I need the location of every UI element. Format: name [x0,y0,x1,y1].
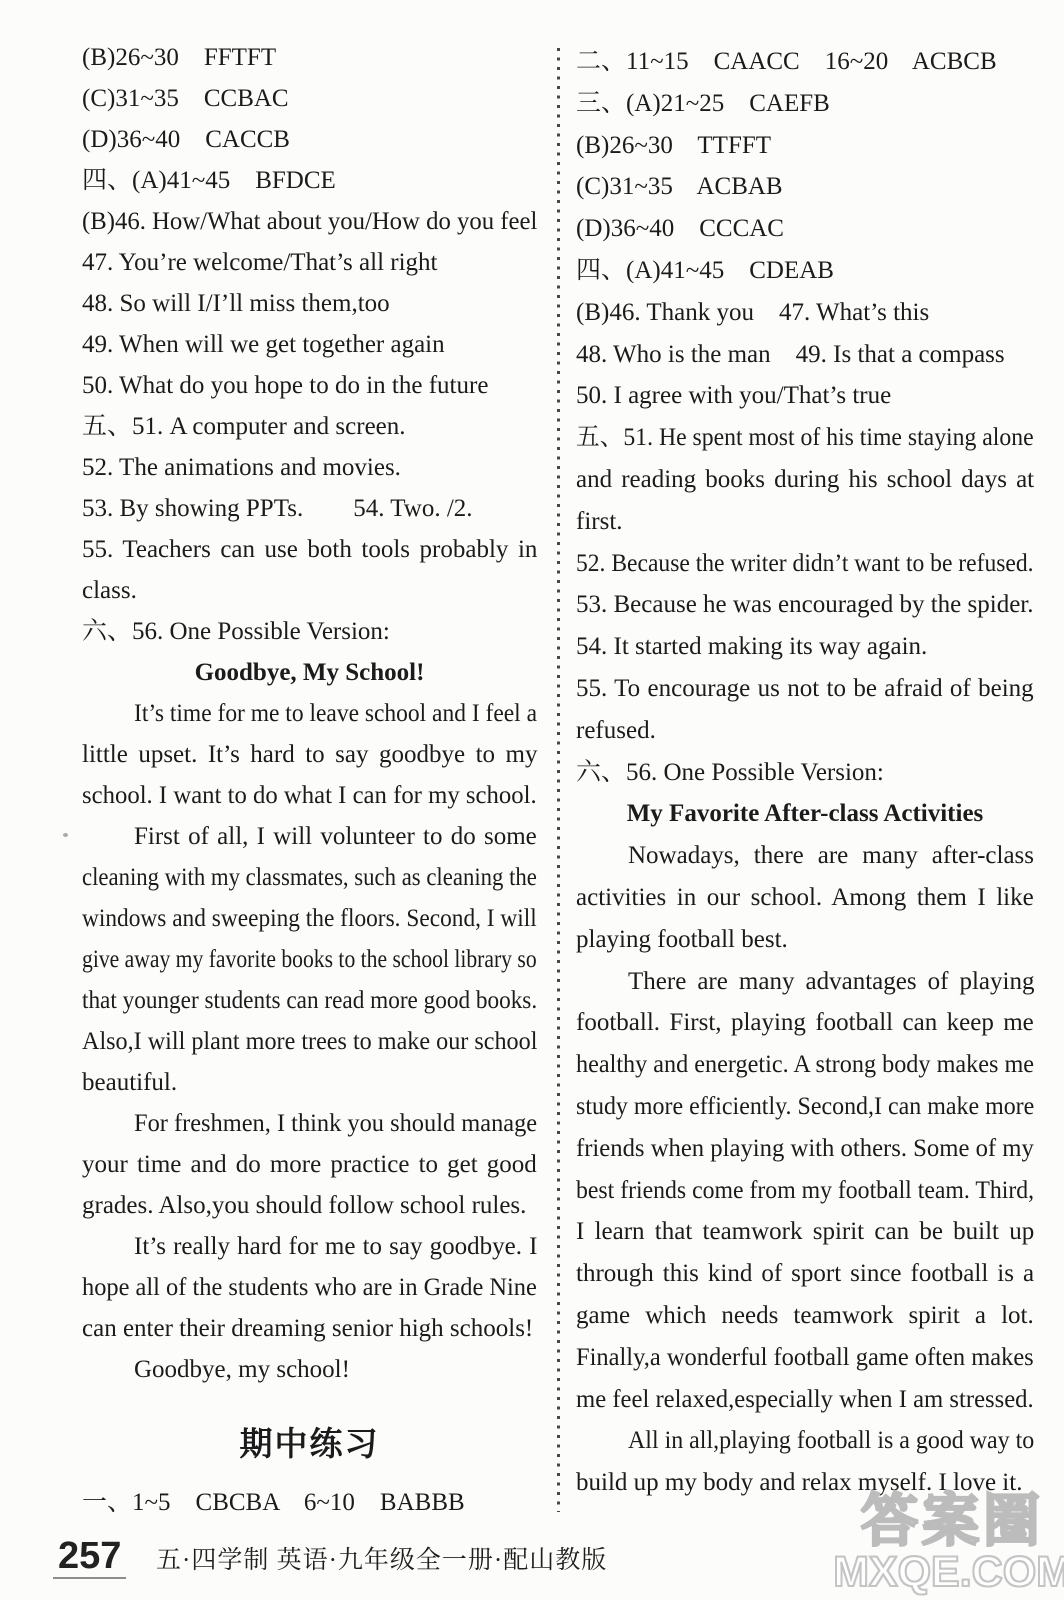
text-line: 四、(A)41~45 CDEAB [576,250,1034,292]
section-title: 期中练习 [82,1416,537,1472]
scan-speck-decoration [63,833,68,837]
text-line: beautiful. [82,1062,537,1103]
text-line: (B)46. Thank you 47. What’s this [576,292,1034,334]
watermark-site-text: MXQE.COM [833,1550,1064,1595]
text-line: 六、56. One Possible Version: [576,752,1034,794]
column-divider [557,48,560,1512]
text-line: school. I want to do what I can for my s… [82,775,537,816]
text-line: little upset. It’s hard to say goodbye t… [82,734,537,775]
text-line: 50. What do you hope to do in the future [82,365,537,406]
text-line: 50. I agree with you/That’s true [576,375,1034,417]
text-line: cleaning with my classmates, such as cle… [82,857,537,898]
footer-book-info: 五·四学制 英语·九年级全一册·配山教版 [156,1546,607,1576]
text-line: friends when playing with others. Some o… [576,1128,1034,1170]
text-line: give away my favorite books to the schoo… [82,939,537,980]
text-line: class. [82,570,537,611]
text-line: 47. You’re welcome/That’s all right [82,242,537,283]
text-line: 49. When will we get together again [82,324,537,365]
text-line: activities in our school. Among them I l… [576,877,1034,919]
text-line: (C)31~35 ACBAB [576,166,1034,208]
text-line: (B)46. How/What about you/How do you fee… [82,201,537,242]
text-line: game which needs teamwork spirit a lot. [576,1295,1034,1337]
text-line: (B)26~30 TTFFT [576,125,1034,167]
text-line: 三、(A)21~25 CAEFB [576,83,1034,125]
text-line: 一、1~5 CBCBA 6~10 BABBB [82,1482,537,1523]
text-line: first. [576,501,1034,543]
text-line: healthy and energetic. A strong body mak… [576,1044,1034,1086]
text-line: All in all,playing football is a good wa… [576,1420,1034,1462]
text-line: 55. Teachers can use both tools probably… [82,529,537,570]
text-line: me feel relaxed,especially when I am str… [576,1379,1034,1421]
watermark: 答案圈 MXQE.COM [833,1492,1064,1595]
text-line: 48. So will I/I’ll miss them,too [82,283,537,324]
text-line: (B)26~30 FFTFT [82,37,537,78]
text-line: Nowadays, there are many after-class [576,835,1034,877]
text-line: 52. The animations and movies. [82,447,537,488]
left-column: (B)26~30 FFTFT(C)31~35 CCBAC(D)36~40 CAC… [82,37,537,1523]
text-line: 52. Because the writer didn’t want to be… [576,543,1034,585]
text-line: Goodbye, My School! [82,652,537,693]
page-number: 257 [53,1536,126,1579]
text-line: (D)36~40 CCCAC [576,208,1034,250]
text-line: (C)31~35 CCBAC [82,78,537,119]
text-line: windows and sweeping the floors. Second,… [82,898,537,939]
text-line: through this kind of sport since footbal… [576,1253,1034,1295]
text-line: 六、56. One Possible Version: [82,611,537,652]
text-line: Goodbye, my school! [82,1349,537,1390]
text-line: There are many advantages of playing [576,961,1034,1003]
text-line: For freshmen, I think you should manage [82,1103,537,1144]
text-line: that younger students can read more good… [82,980,537,1021]
watermark-logo-text: 答案圈 [833,1492,1064,1552]
text-line: 四、(A)41~45 BFDCE [82,160,537,201]
text-line: Also,I will plant more trees to make our… [82,1021,537,1062]
text-line: 55. To encourage us not to be afraid of … [576,668,1034,710]
scanned-answer-page: { "page": { "background_color": "#fcfcfb… [0,0,1064,1600]
text-line: My Favorite After-class Activities [576,793,1034,835]
text-line: I learn that teamwork spirit can be buil… [576,1211,1034,1253]
text-line: It’s really hard for me to say goodbye. … [82,1226,537,1267]
right-column: 二、11~15 CAACC 16~20 ACBCB三、(A)21~25 CAEF… [576,41,1034,1504]
text-line: First of all, I will volunteer to do som… [82,816,537,857]
text-line: 48. Who is the man 49. Is that a compass [576,334,1034,376]
text-line: study more efficiently. Second,I can mak… [576,1086,1034,1128]
text-line: best friends come from my football team.… [576,1170,1034,1212]
text-line: hope all of the students who are in Grad… [82,1267,537,1308]
text-line: 53. Because he was encouraged by the spi… [576,584,1034,626]
text-line: refused. [576,710,1034,752]
text-line: and reading books during his school days… [576,459,1034,501]
text-line: can enter their dreaming senior high sch… [82,1308,537,1349]
text-line: 五、51. He spent most of his time staying … [576,417,1034,459]
text-line: 五、51. A computer and screen. [82,406,537,447]
text-line: Finally,a wonderful football game often … [576,1337,1034,1379]
text-line: 53. By showing PPTs. 54. Two. /2. [82,488,537,529]
text-line: (D)36~40 CACCB [82,119,537,160]
text-line: playing football best. [576,919,1034,961]
text-line: football. First, playing football can ke… [576,1002,1034,1044]
text-line: 54. It started making its way again. [576,626,1034,668]
text-line: your time and do more practice to get go… [82,1144,537,1185]
text-line: It’s time for me to leave school and I f… [82,693,537,734]
text-line: 二、11~15 CAACC 16~20 ACBCB [576,41,1034,83]
text-line: grades. Also,you should follow school ru… [82,1185,537,1226]
